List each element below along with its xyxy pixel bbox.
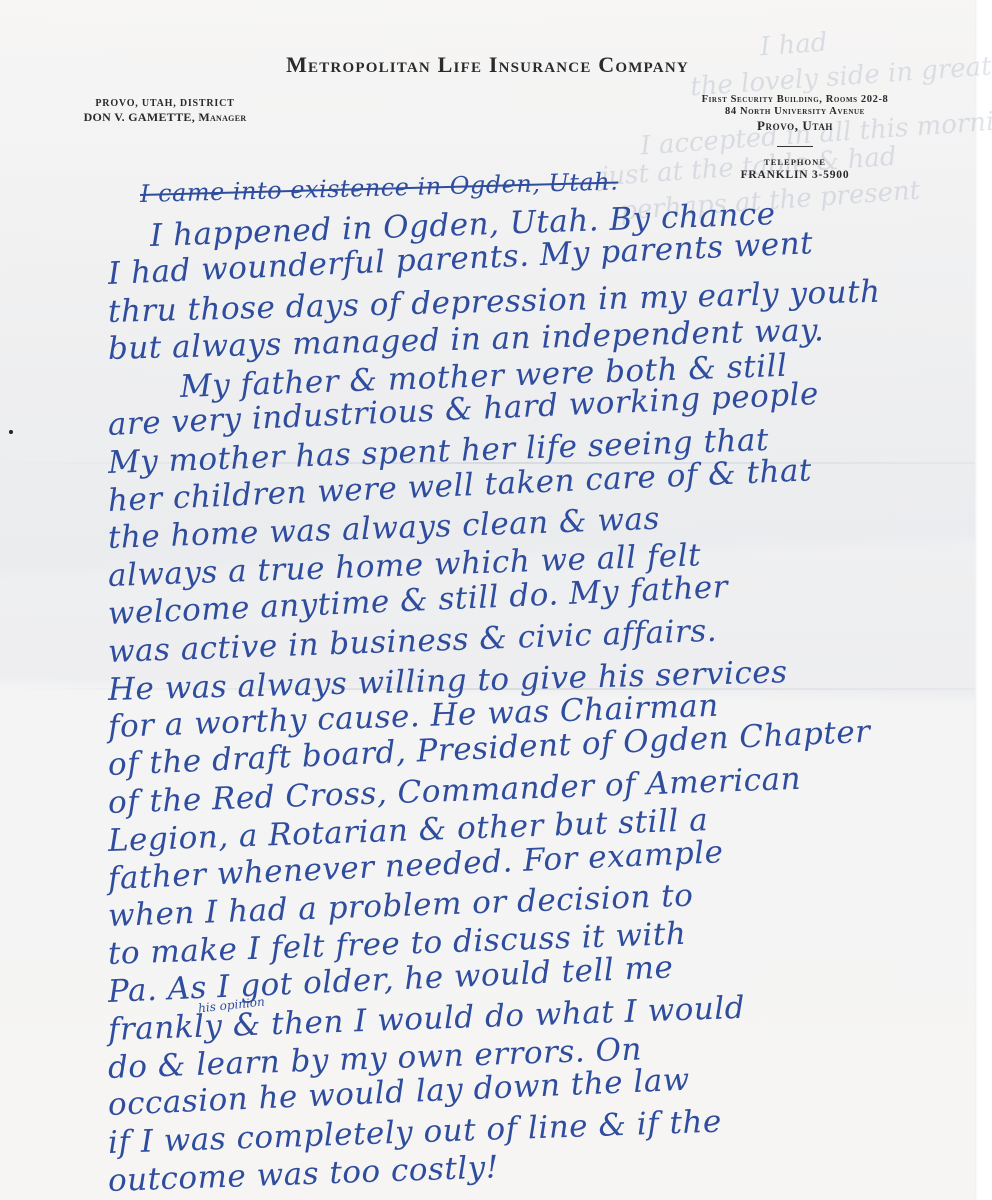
handwritten-body: I came into existence in Ogden, Utah. I … xyxy=(0,0,975,1200)
struck-out-line: I came into existence in Ogden, Utah. xyxy=(140,167,619,208)
letter-paper: I had the lovely side in great I accepte… xyxy=(0,0,975,1200)
